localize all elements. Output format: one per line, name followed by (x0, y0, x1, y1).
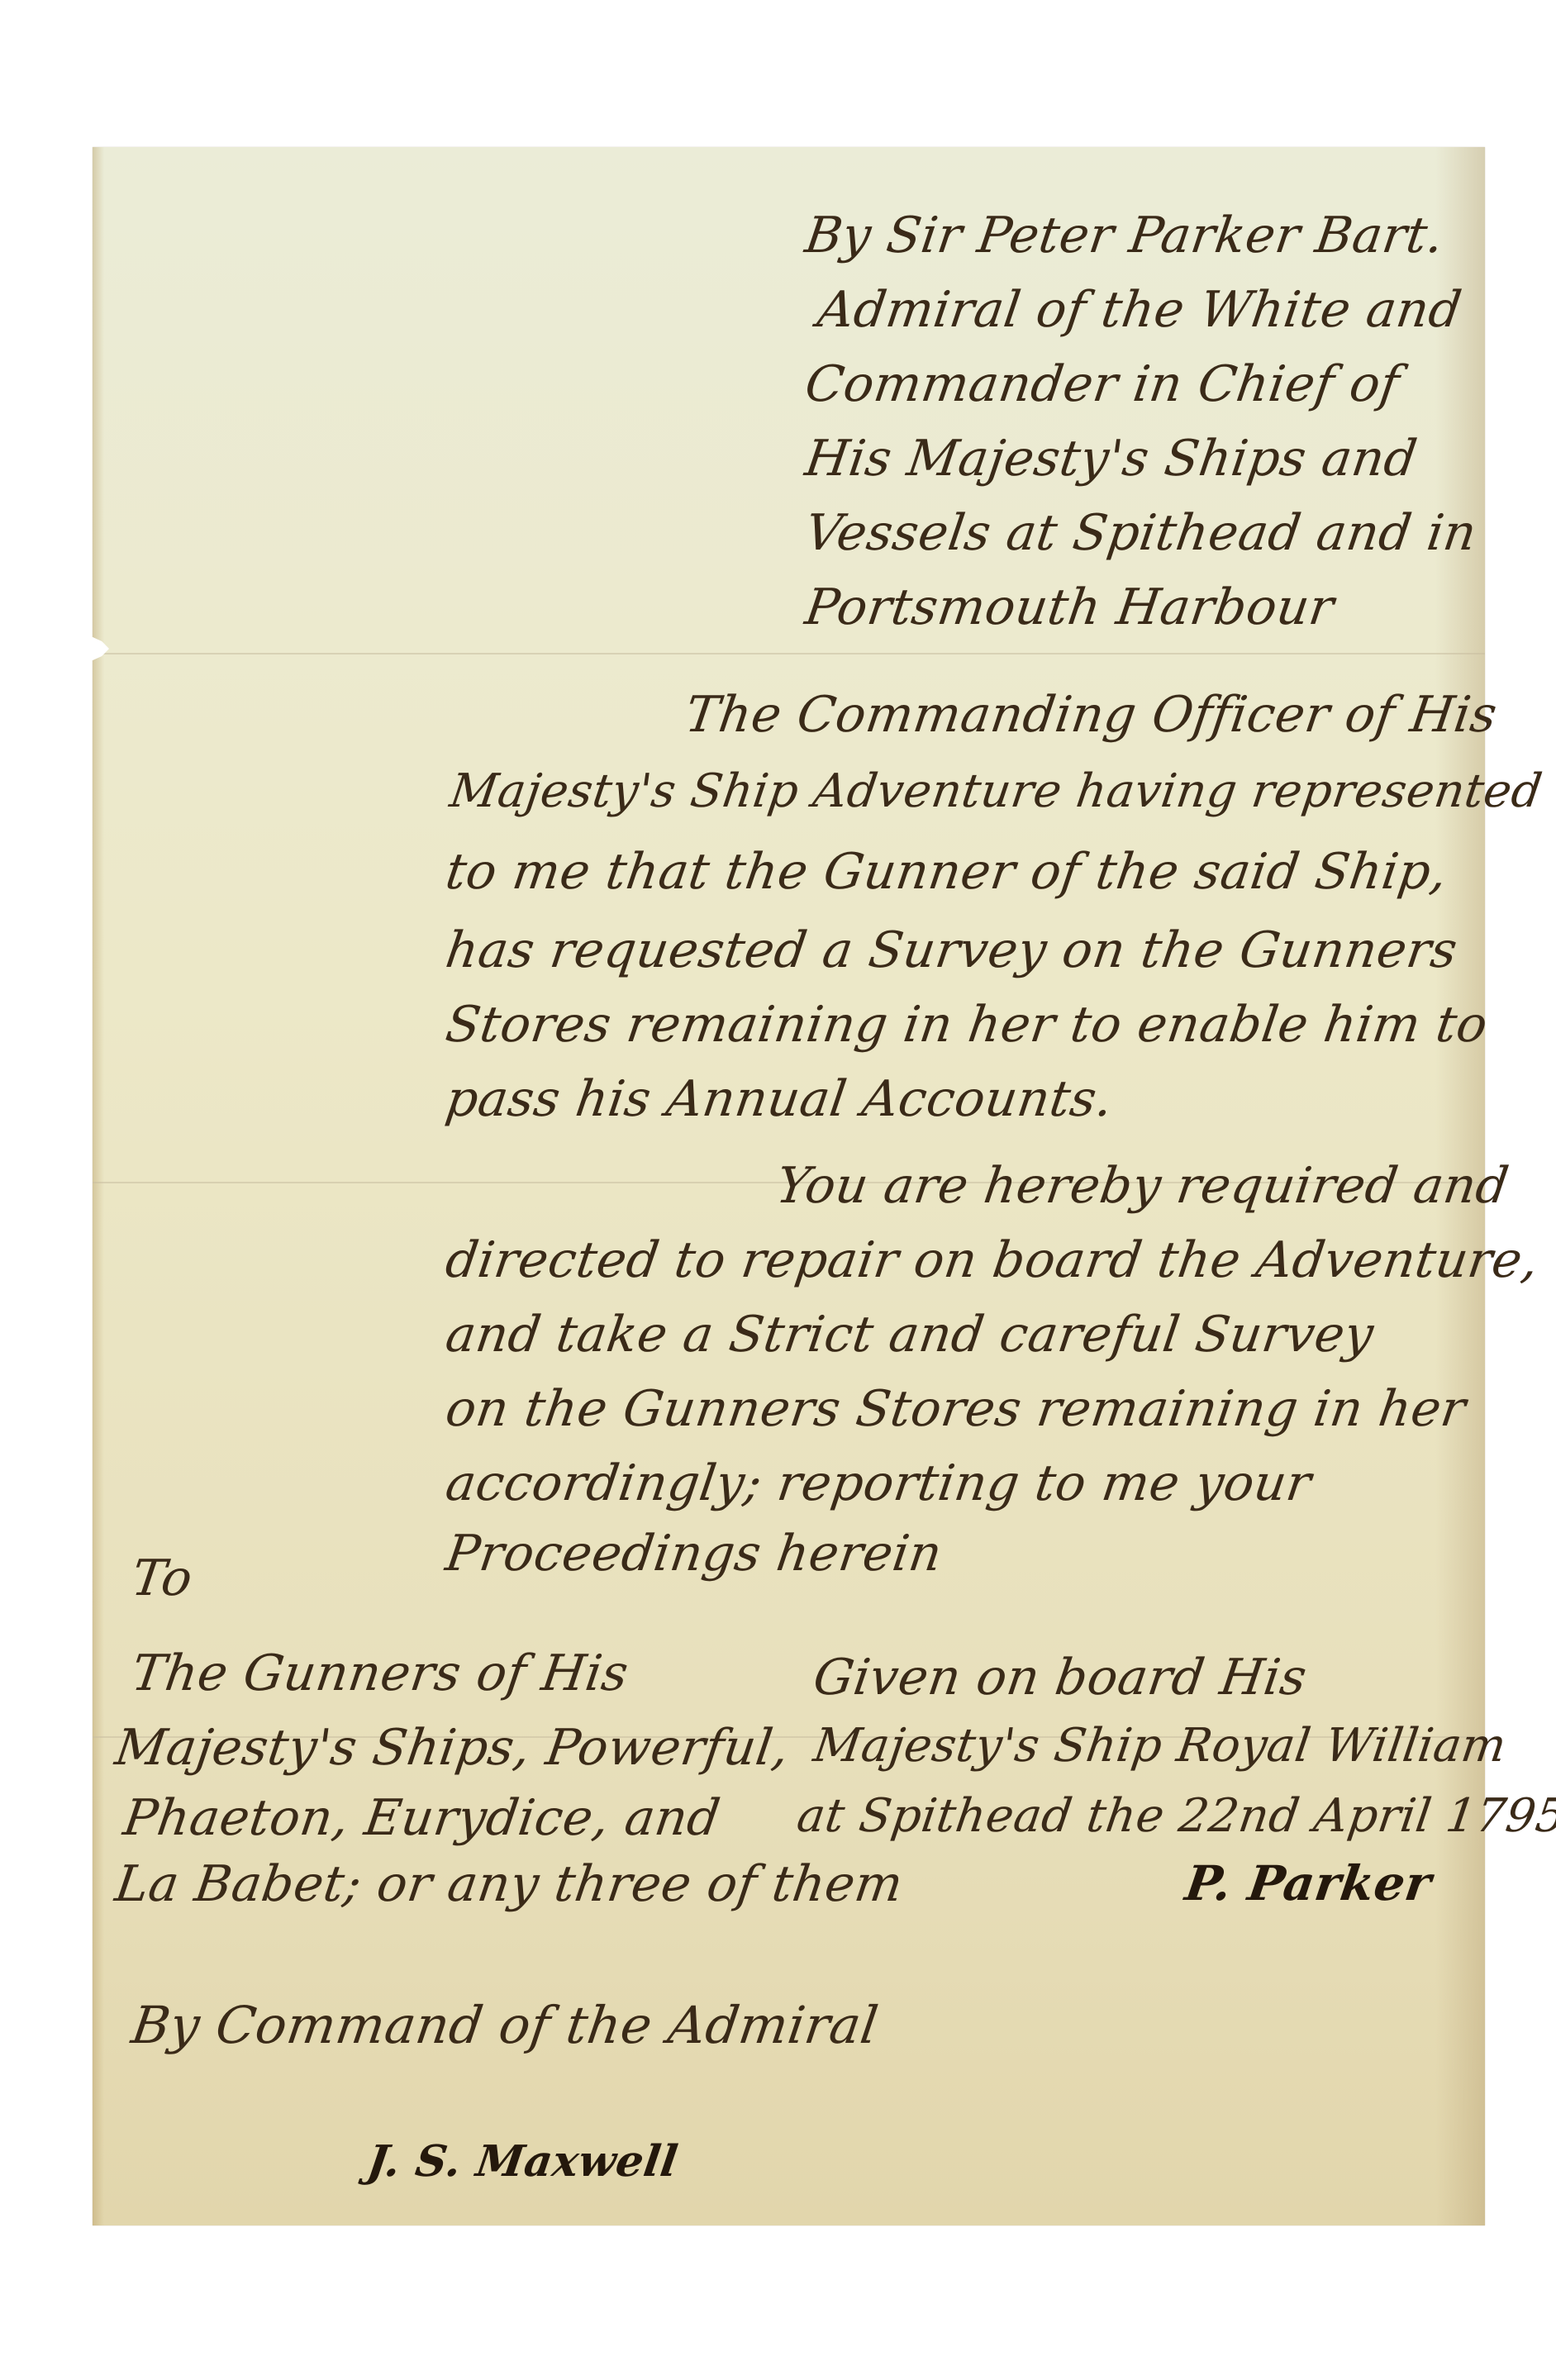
admiral-signature: P. Parker (1182, 1859, 1435, 1907)
addressee-line: The Gunners of His (129, 1649, 631, 1698)
paper-tear (91, 636, 109, 661)
paragraph-line: Proceedings herein (443, 1529, 945, 1578)
paragraph-line: on the Gunners Stores remaining in her (443, 1384, 1469, 1434)
paragraph-line: to me that the Gunner of the said Ship, (443, 847, 1450, 897)
paragraph-line: directed to repair on board the Adventur… (443, 1235, 1542, 1285)
paragraph-line: and take a Strict and careful Survey (443, 1310, 1377, 1359)
paragraph-line: accordingly; reporting to me your (443, 1459, 1315, 1508)
addressee-line: Majesty's Ships, Powerful, (112, 1723, 792, 1773)
paragraph-line: Majesty's Ship Adventure having represen… (447, 769, 1545, 815)
paragraph-line: has requested a Survey on the Gunners (443, 926, 1461, 975)
heading-line: By Sir Peter Parker Bart. (802, 211, 1447, 260)
addressee-line: Phaeton, Eurydice, and (121, 1793, 723, 1843)
given-line: Given on board His (811, 1653, 1310, 1702)
addressee-line: La Babet; or any three of them (112, 1859, 906, 1909)
paragraph-line: Stores remaining in her to enable him to (443, 1000, 1491, 1050)
secretary-signature: J. S. Maxwell (364, 2140, 680, 2183)
heading-line: Commander in Chief of (802, 359, 1403, 409)
paragraph-line: The Commanding Officer of His (683, 690, 1500, 740)
fold-line (93, 653, 1485, 654)
heading-line: His Majesty's Ships and (802, 434, 1420, 483)
given-line: Majesty's Ship Royal William (811, 1723, 1509, 1769)
paragraph-line: You are hereby required and (773, 1161, 1512, 1211)
heading-line: Vessels at Spithead and in (802, 508, 1480, 558)
given-line: at Spithead the 22nd April 1795 (794, 1793, 1556, 1840)
to-label: To (129, 1554, 196, 1603)
heading-line: Portsmouth Harbour (802, 583, 1337, 632)
paragraph-line: pass his Annual Accounts. (443, 1074, 1116, 1124)
heading-line: Admiral of the White and (815, 285, 1465, 335)
by-command-line: By Command of the Admiral (129, 2000, 882, 2051)
